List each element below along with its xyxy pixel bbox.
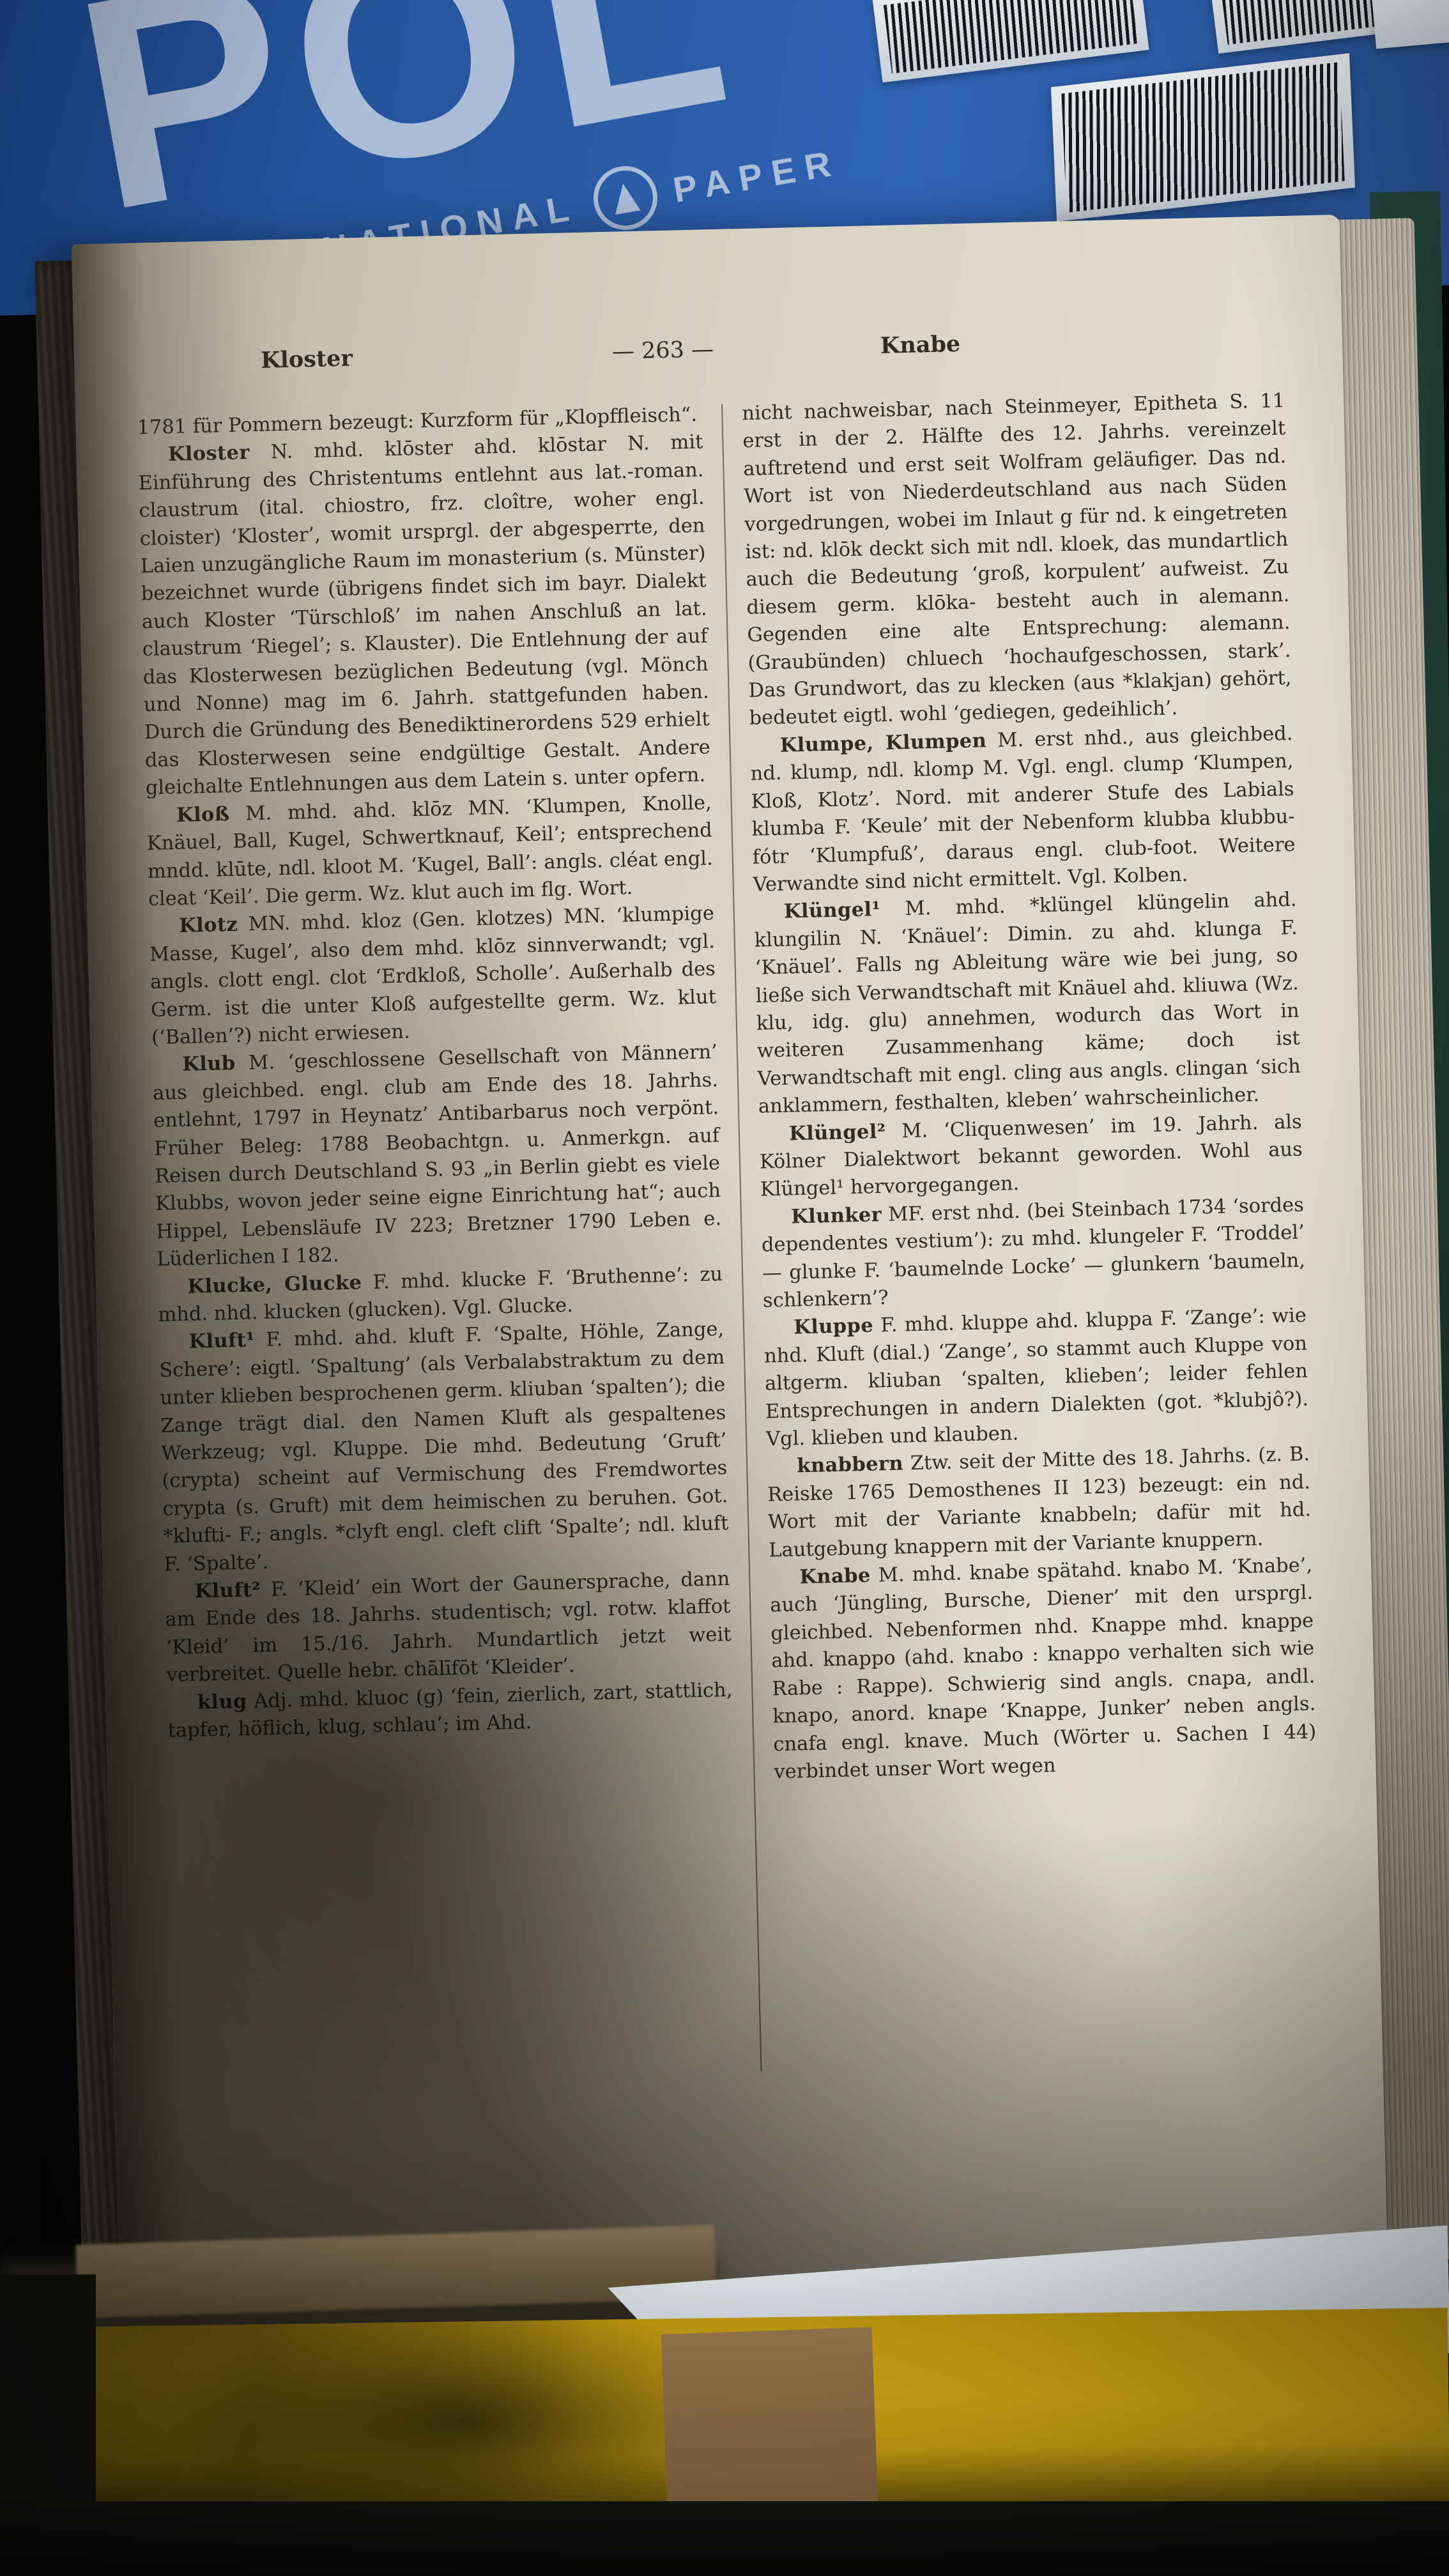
barcode-icon bbox=[1061, 62, 1344, 213]
entry-body: M. mhd. knabe spätahd. knabo M. ‘Knabe’,… bbox=[770, 1554, 1317, 1784]
dark-floor bbox=[0, 2501, 1449, 2576]
dictionary-entry: Knabe M. mhd. knabe spätahd. knabo M. ‘K… bbox=[769, 1552, 1317, 1786]
dictionary-entry: Klunker MF. erst nhd. (bei Steinbach 173… bbox=[761, 1191, 1307, 1315]
dictionary-entry: Kloß M. mhd. ahd. klōz MN. ‘Klumpen, Kno… bbox=[146, 789, 714, 913]
international-paper-logo bbox=[588, 161, 662, 234]
dictionary-entry: knabbern Ztw. seit der Mitte des 18. Jah… bbox=[767, 1441, 1312, 1565]
dictionary-entry: Klüngel¹ M. mhd. *klüngel klüngelin ahd.… bbox=[753, 886, 1301, 1121]
entry-headword: Kloster bbox=[167, 441, 250, 466]
left-column: 1781 für Pommern bezeugt: Kurzform für „… bbox=[137, 401, 741, 2085]
page-number: — 263 — bbox=[612, 337, 714, 365]
left-entries: Kloster N. mhd. klōster ahd. klōstar N. … bbox=[137, 429, 733, 1745]
entry-body: N. mhd. klōster ahd. klōstar N. mit Einf… bbox=[138, 431, 710, 800]
entry-headword: Kluft² bbox=[194, 1578, 261, 1602]
entry-headword: Klotz bbox=[179, 913, 238, 937]
entry-body: F. mhd. ahd. kluft F. ‘Spalte, Höhle, Za… bbox=[159, 1318, 729, 1575]
entry-body: Adj. mhd. kluoc (g) ‘fein, zierlich, zar… bbox=[167, 1679, 733, 1742]
right-column: nicht nachweisbar, nach Steinmeyer, Epit… bbox=[742, 387, 1324, 2071]
entry-headword: Knabe bbox=[799, 1564, 871, 1589]
entry-headword: Klüngel² bbox=[789, 1120, 886, 1146]
dictionary-entry: Klub M. ‘geschlossene Gesellschaft von M… bbox=[152, 1039, 723, 1274]
entry-body: M. mhd. *klüngel klüngelin ahd. klungili… bbox=[754, 889, 1301, 1118]
text-columns: 1781 für Pommern bezeugt: Kurzform für „… bbox=[137, 387, 1324, 2085]
entry-headword: Klumpe, Klumpen bbox=[779, 729, 986, 757]
header-keyword-left: Kloster bbox=[261, 345, 353, 373]
dictionary-entry: Klüngel² M. ‘Cliquenwesen’ im 19. Jahrh.… bbox=[758, 1108, 1303, 1204]
dictionary-entry: Kluft² F. ‘Kleid’ ein Wort der Gaunerspr… bbox=[164, 1565, 732, 1689]
dictionary-entry: Kluppe F. mhd. kluppe ahd. kluppa F. ‘Za… bbox=[763, 1302, 1310, 1453]
entry-headword: Klunker bbox=[791, 1203, 882, 1228]
right-entries: Klumpe, Klumpen M. erst nhd., aus gleich… bbox=[749, 720, 1317, 1786]
dictionary-entry: Klumpe, Klumpen M. erst nhd., aus gleich… bbox=[749, 720, 1296, 899]
entry-headword: Klucke, Glucke bbox=[187, 1271, 362, 1298]
open-book: Kloster — 263 — Knabe 1781 für Pommern b… bbox=[34, 213, 1449, 2331]
header-keyword-right: Knabe bbox=[880, 331, 960, 359]
dictionary-entry: Kluft¹ F. mhd. ahd. kluft F. ‘Spalte, Hö… bbox=[158, 1315, 730, 1578]
continuation-paragraph: nicht nachweisbar, nach Steinmeyer, Epit… bbox=[742, 387, 1292, 733]
entry-headword: Kloß bbox=[176, 802, 230, 827]
page-header: Kloster — 263 — Knabe bbox=[74, 322, 1342, 352]
entry-body: M. ‘geschlossene Gesellschaft von Männer… bbox=[153, 1041, 722, 1271]
dictionary-page: Kloster — 263 — Knabe 1781 für Pommern b… bbox=[72, 215, 1388, 2298]
photo-of-dictionary-page: POL INTERNATIONAL PAPER Kloster — 263 — … bbox=[0, 0, 1449, 2576]
entry-headword: knabbern bbox=[797, 1452, 903, 1478]
label-sticker bbox=[1371, 0, 1449, 49]
entry-headword: Klub bbox=[182, 1052, 236, 1076]
tree-icon bbox=[610, 181, 640, 215]
entry-headword: Kluppe bbox=[793, 1314, 874, 1339]
entry-headword: klug bbox=[197, 1689, 247, 1713]
entry-body: M. mhd. ahd. klōz MN. ‘Klumpen, Knolle, … bbox=[147, 792, 714, 910]
dictionary-entry: Klotz MN. mhd. kloz (Gen. klotzes) MN. ‘… bbox=[149, 900, 717, 1052]
entry-headword: Klüngel¹ bbox=[784, 898, 881, 923]
dictionary-entry: Kloster N. mhd. klōster ahd. klōstar N. … bbox=[137, 429, 711, 802]
entry-headword: Kluft¹ bbox=[188, 1329, 255, 1353]
